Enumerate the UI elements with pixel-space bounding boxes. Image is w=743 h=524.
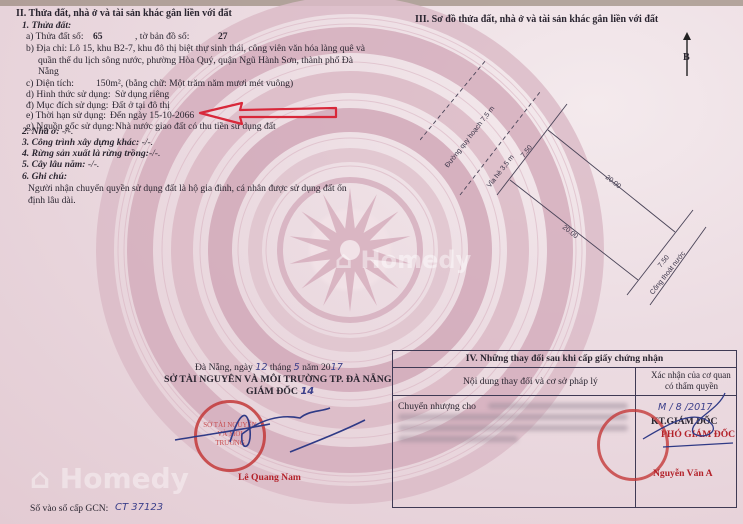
annotation-arrow-icon — [198, 101, 340, 127]
use-term-value: Đến ngày 15-10-2066 — [110, 110, 194, 121]
signature-scribble-icon — [170, 400, 370, 460]
redacted-text — [398, 436, 518, 442]
perennial-label: 5. Cây lâu năm: — [22, 159, 85, 170]
dim-side-top: 20.00 — [604, 174, 622, 190]
area-label: c) Diện tích: — [26, 78, 74, 89]
other-construction-heading: 3. Công trình xây dựng khác: -/-. — [22, 137, 153, 148]
date-month-label: tháng — [270, 362, 291, 373]
map-sheet-value: 27 — [218, 31, 228, 42]
change-content-text: Chuyển nhượng cho — [398, 401, 476, 412]
date-month: 5 — [294, 362, 300, 373]
confirm-signature-scribble-icon — [633, 391, 736, 451]
other-construction-label: 3. Công trình xây dựng khác: — [22, 137, 139, 148]
plot-number-label: a) Thửa đất số: — [26, 31, 84, 42]
issue-date: Đà Nẵng, ngày 12 tháng 5 năm 2017 — [195, 362, 343, 373]
watermark-brand: Homedy — [60, 462, 189, 495]
map-sheet-label: , tờ bản đồ số: — [135, 31, 189, 42]
forest-label: 4. Rừng sản xuất là rừng trồng: — [22, 148, 149, 159]
redacted-text — [398, 425, 628, 431]
use-form-label: d) Hình thức sử dụng: — [26, 89, 110, 100]
land-plot-diagram: Đường quy hoạch 7,5 m Vỉa hè 3,5 m 7.50 … — [420, 60, 720, 310]
changes-table: IV. Những thay đổi sau khi cấp giấy chứn… — [392, 350, 737, 508]
other-construction-value: -/-. — [142, 137, 153, 148]
col-confirm-header-1: Xác nhận của cơ quan — [651, 370, 731, 381]
house-heading: 2. Nhà ở: -/-. — [22, 126, 73, 137]
house-label: 2. Nhà ở: — [22, 126, 59, 137]
use-term-label: e) Thời hạn sử dụng: — [26, 110, 106, 121]
plot-number-value: 65 — [93, 31, 103, 42]
date-prefix: Đà Nẵng, ngày — [195, 362, 253, 373]
area-value: 150m², (bằng chữ: Một trăm năm mươi mét … — [96, 78, 293, 89]
dim-front: 7.50 — [520, 144, 534, 159]
confirm-signer-name: Nguyễn Văn A — [653, 468, 713, 479]
house-value: -/-. — [62, 126, 73, 137]
road-label: Đường quy hoạch 7,5 m — [444, 105, 496, 169]
signer-role: GIÁM ĐỐC 14 — [246, 386, 314, 397]
sidewalk-label: Vỉa hè 3,5 m — [485, 153, 516, 189]
perennial-value: -/-. — [88, 159, 99, 170]
address-line-3: Nẵng — [38, 66, 59, 77]
signer-role-mark: 14 — [300, 386, 314, 397]
forest-value: -/-. — [149, 148, 160, 159]
date-day: 12 — [255, 362, 267, 373]
forest-heading: 4. Rừng sản xuất là rừng trồng:-/-. — [22, 148, 160, 159]
note-line-2: định lâu dài. — [28, 195, 76, 206]
redacted-text — [398, 414, 628, 420]
section-2-title: II. Thửa đất, nhà ở và tài sản khác gắn … — [16, 8, 232, 19]
note-line-1: Người nhận chuyển quyền sử dụng đất là h… — [28, 183, 347, 194]
use-form-value: Sử dụng riêng — [115, 89, 169, 100]
col-content-header: Nội dung thay đổi và cơ sở pháp lý — [463, 376, 598, 387]
land-certificate-page: II. Thửa đất, nhà ở và tài sản khác gắn … — [0, 0, 743, 524]
homedy-watermark-bottom: ⌂ Homedy — [30, 462, 189, 495]
address-line-1: b) Địa chỉ: Lô 15, khu B2-7, khu đô thị … — [26, 43, 365, 54]
signer-name: Lê Quang Nam — [238, 472, 301, 483]
note-heading: 6. Ghi chú: — [22, 171, 67, 182]
address-line-2: quần thể du lịch sông nước, phường Hòa Q… — [38, 55, 353, 66]
issuing-agency: SỞ TÀI NGUYÊN VÀ MÔI TRƯỜNG TP. ĐÀ NẴNG — [164, 374, 391, 385]
date-year-label: năm 20 — [302, 362, 331, 373]
registry-value: CT 37123 — [115, 502, 163, 513]
redacted-text — [488, 403, 628, 409]
section-4-title: IV. Những thay đổi sau khi cấp giấy chứn… — [393, 351, 736, 368]
land-heading: 1. Thửa đất: — [22, 20, 71, 31]
section-3-title: III. Sơ đồ thửa đất, nhà ở và tài sản kh… — [415, 14, 658, 25]
perennial-heading: 5. Cây lâu năm: -/-. — [22, 159, 99, 170]
date-year-suffix: 17 — [331, 362, 343, 373]
registry-label: Số vào sổ cấp GCN: — [30, 503, 108, 514]
signer-role-text: GIÁM ĐỐC — [246, 386, 298, 397]
